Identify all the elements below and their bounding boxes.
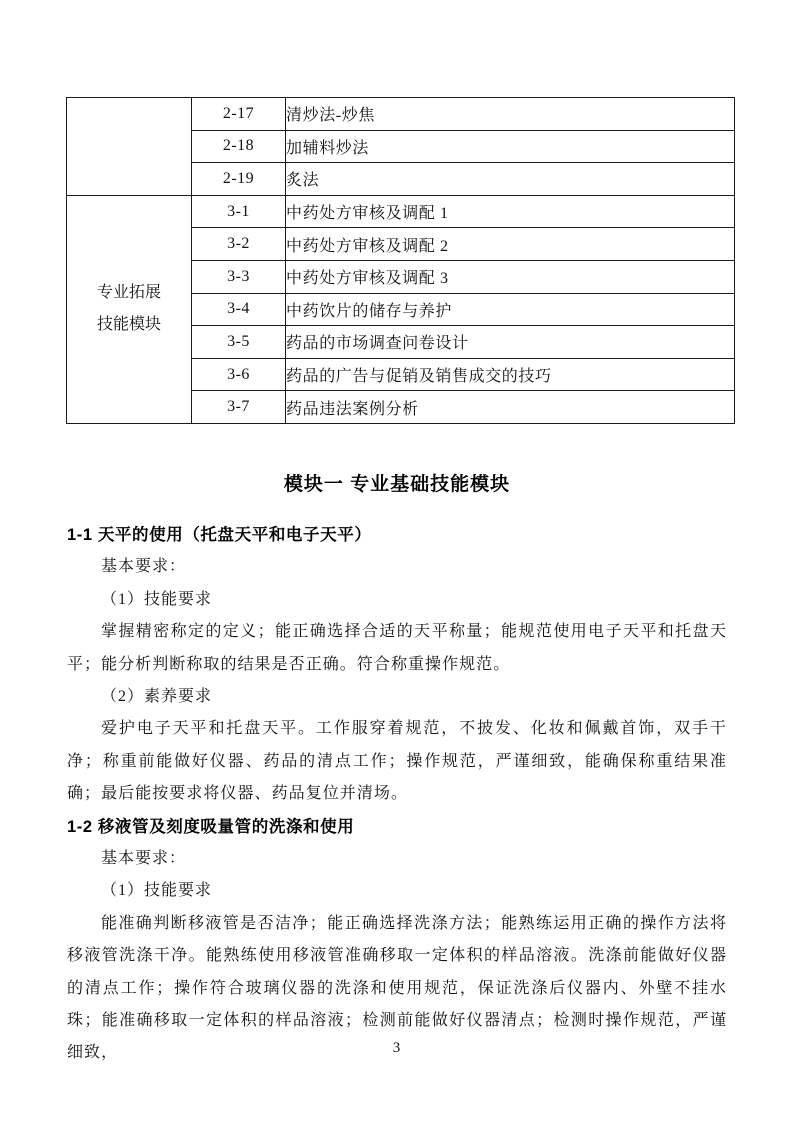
lesson-code: 2-18 — [192, 130, 286, 163]
lesson-name: 药品的广告与促销及销售成交的技巧 — [286, 358, 735, 391]
lesson-code: 3-4 — [192, 293, 286, 326]
table-row: 2-17 清炒法-炒焦 — [67, 98, 735, 131]
module-label-line2: 技能模块 — [67, 309, 191, 341]
basic-requirements-label: 基本要求： — [67, 843, 727, 875]
lesson-code: 3-2 — [192, 228, 286, 261]
module-heading: 模块一 专业基础技能模块 — [67, 471, 727, 499]
skill-requirements-paragraph: 掌握精密称定的定义；能正确选择合适的天平称量；能规范使用电子天平和托盘天平；能分… — [67, 616, 727, 681]
lesson-code: 3-1 — [192, 195, 286, 228]
quality-requirements-label: （2）素养要求 — [67, 681, 727, 713]
lesson-code: 2-19 — [192, 163, 286, 196]
lesson-code: 3-5 — [192, 326, 286, 359]
lesson-name: 清炒法-炒焦 — [286, 98, 735, 131]
page-number: 3 — [0, 1038, 793, 1058]
lesson-code: 2-17 — [192, 98, 286, 131]
quality-requirements-paragraph: 爱护电子天平和托盘天平。工作服穿着规范，不披发、化妆和佩戴首饰，双手干净；称重前… — [67, 713, 727, 810]
lesson-name: 中药处方审核及调配 2 — [286, 228, 735, 261]
lesson-code: 3-7 — [192, 391, 286, 424]
lesson-name: 药品违法案例分析 — [286, 391, 735, 424]
section-1-2: 1-2 移液管及刻度吸量管的洗涤和使用 基本要求： （1）技能要求 能准确判断移… — [67, 811, 727, 1070]
module-label-line1: 专业拓展 — [67, 277, 191, 309]
document-page: 2-17 清炒法-炒焦 2-18 加辅料炒法 2-19 炙法 专业拓展 技能模块 — [0, 0, 793, 1122]
table-row: 专业拓展 技能模块 3-1 中药处方审核及调配 1 — [67, 195, 735, 228]
section-title: 1-2 移液管及刻度吸量管的洗涤和使用 — [67, 811, 727, 843]
skill-requirements-label: （1）技能要求 — [67, 875, 727, 907]
lesson-name: 中药处方审核及调配 3 — [286, 260, 735, 293]
lesson-name: 中药饮片的储存与养护 — [286, 293, 735, 326]
module-cell-expansion: 专业拓展 技能模块 — [67, 195, 192, 423]
lesson-name: 炙法 — [286, 163, 735, 196]
lesson-code: 3-3 — [192, 260, 286, 293]
lesson-name: 中药处方审核及调配 1 — [286, 195, 735, 228]
lesson-name: 药品的市场调查问卷设计 — [286, 326, 735, 359]
lesson-name: 加辅料炒法 — [286, 130, 735, 163]
module-cell-previous — [67, 98, 192, 196]
curriculum-table: 2-17 清炒法-炒焦 2-18 加辅料炒法 2-19 炙法 专业拓展 技能模块 — [66, 97, 735, 424]
basic-requirements-label: 基本要求： — [67, 551, 727, 583]
section-1-1: 1-1 天平的使用（托盘天平和电子天平） 基本要求： （1）技能要求 掌握精密称… — [67, 519, 727, 811]
lesson-code: 3-6 — [192, 358, 286, 391]
section-title: 1-1 天平的使用（托盘天平和电子天平） — [67, 519, 727, 551]
skill-requirements-label: （1）技能要求 — [67, 584, 727, 616]
document-content: 2-17 清炒法-炒焦 2-18 加辅料炒法 2-19 炙法 专业拓展 技能模块 — [67, 0, 727, 1070]
